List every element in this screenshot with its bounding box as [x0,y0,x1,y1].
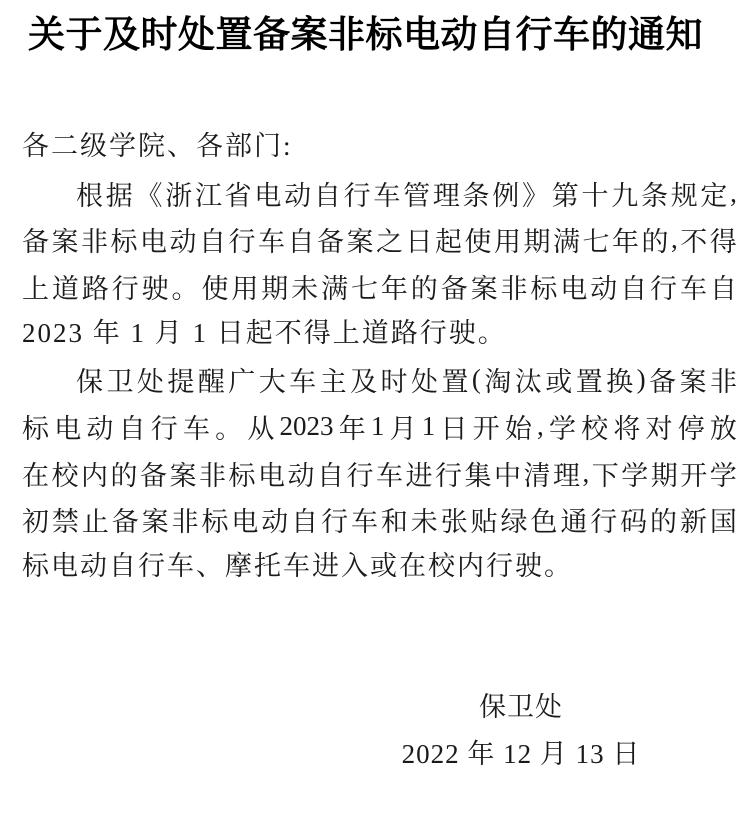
body-line: 在校内的备案非标电动自行车进行集中清理,下学期开学 [22,450,737,497]
body-line: 各二级学院、各部门: [22,123,737,170]
notice-document: 关于及时处置备案非标电动自行车的通知 各二级学院、各部门:根据《浙江省电动自行车… [0,0,750,821]
notice-body: 各二级学院、各部门:根据《浙江省电动自行车管理条例》第十九条规定,备案非标电动自… [22,123,737,590]
body-line: 初禁止备案非标电动自行车和未张贴绿色通行码的新国 [22,497,737,544]
signature-signer: 保卫处 [401,684,641,731]
body-line: 上道路行驶。使用期未满七年的备案非标电动自行车自 [22,263,737,310]
body-line: 标电动自行车、摩托车进入或在校内行驶。 [22,543,737,590]
signature-date: 2022 年 12 月 13 日 [401,731,641,778]
body-line: 根据《浙江省电动自行车管理条例》第十九条规定, [22,170,737,217]
signature-block: 保卫处 2022 年 12 月 13 日 [401,684,641,778]
notice-title: 关于及时处置备案非标电动自行车的通知 [22,14,737,58]
body-line: 保卫处提醒广大车主及时处置(淘汰或置换)备案非 [22,356,737,403]
body-line: 备案非标电动自行车自备案之日起使用期满七年的,不得 [22,216,737,263]
body-line: 2023 年 1 月 1 日起不得上道路行驶。 [22,310,737,357]
body-line: 标电动自行车。从2023年1月1日开始,学校将对停放 [22,403,737,450]
